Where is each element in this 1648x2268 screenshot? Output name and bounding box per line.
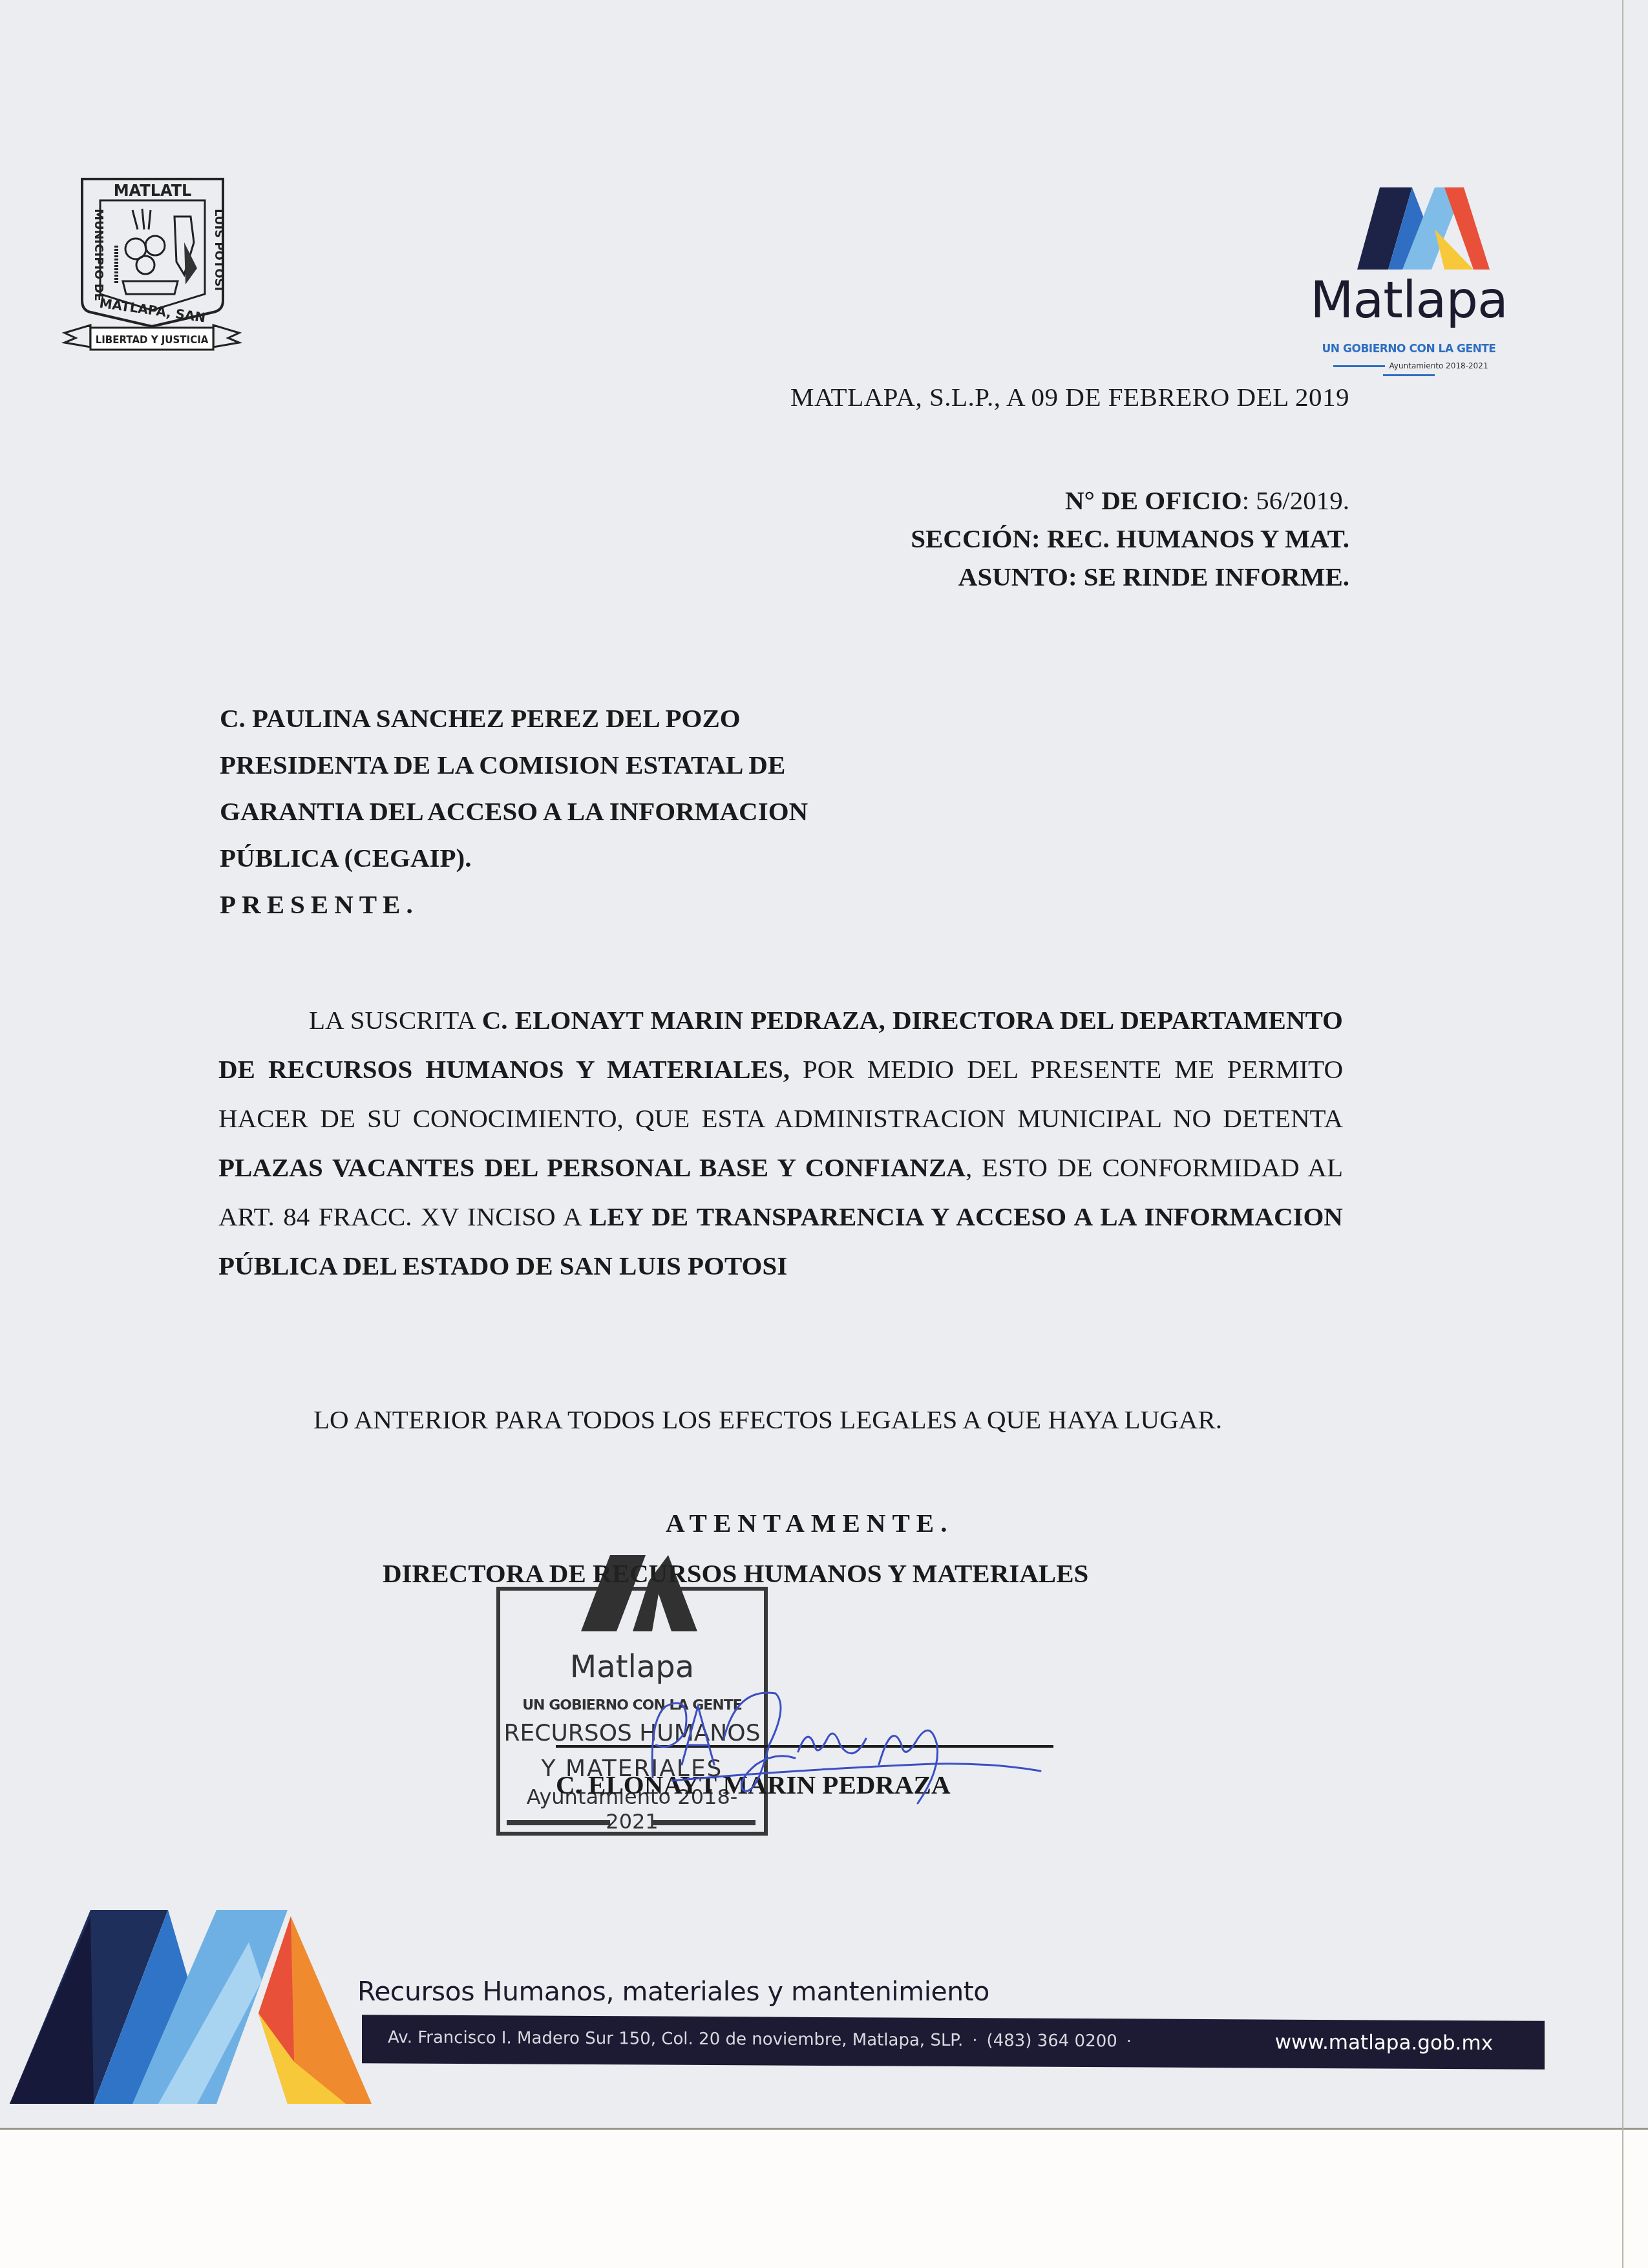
logo-period: Ayuntamiento 2018-2021: [1305, 361, 1512, 379]
page-edge: [1622, 0, 1623, 2268]
footer-address: Av. Francisco I. Madero Sur 150, Col. 20…: [388, 2028, 963, 2050]
footer-department: Recursos Humanos, materiales y mantenimi…: [357, 1976, 989, 2007]
svg-text:LUIS POTOSI: LUIS POTOSI: [212, 209, 226, 291]
logo-wordmark: Matlapa: [1305, 271, 1512, 330]
svg-text:MATLATL: MATLATL: [114, 182, 192, 200]
recipient-line: GARANTIA DEL ACCESO A LA INFORMACION: [220, 788, 808, 834]
atentamente: ATENTAMENTE.: [666, 1507, 953, 1538]
municipal-crest: MATLATL MUNICIPIO DE LUIS POTOSI MATLAPA…: [61, 171, 242, 359]
body-segment-bold: PLAZAS VACANTES DEL PERSONAL BASE Y CONF…: [218, 1152, 966, 1182]
recipient-block: C. PAULINA SANCHEZ PEREZ DEL POZO PRESID…: [220, 695, 808, 927]
document-meta: N° DE OFICIO: 56/2019. SECCIÓN: REC. HUM…: [911, 482, 1349, 596]
place-date: MATLAPA, S.L.P., A 09 DE FEBRERO DEL 201…: [790, 381, 1349, 412]
section: SECCIÓN: REC. HUMANOS Y MAT.: [911, 520, 1349, 558]
body-paragraph: LA SUSCRITA C. ELONAYT MARIN PEDRAZA, DI…: [218, 995, 1343, 1290]
stamp-m-icon: [575, 1555, 704, 1633]
stamp-rule: [507, 1820, 610, 1825]
footer-website[interactable]: www.matlapa.gob.mx: [1275, 2031, 1493, 2055]
body-segment: LA SUSCRITA: [309, 1005, 482, 1035]
matlapa-m-icon: [1305, 184, 1512, 271]
svg-text:LIBERTAD Y JUSTICIA: LIBERTAD Y JUSTICIA: [96, 334, 209, 346]
recipient-line: C. PAULINA SANCHEZ PEREZ DEL POZO: [220, 695, 808, 741]
recipient-line: PRESIDENTA DE LA COMISION ESTATAL DE: [220, 741, 808, 788]
svg-text:MUNICIPIO DE: MUNICIPIO DE: [92, 209, 105, 301]
logo-slogan: UN GOBIERNO CON LA GENTE: [1305, 343, 1512, 355]
footer-phone: (483) 364 0200: [987, 2031, 1117, 2051]
signer-title: DIRECTORA DE RECURSOS HUMANOS Y MATERIAL…: [383, 1558, 1088, 1589]
footer-contact: Av. Francisco I. Madero Sur 150, Col. 20…: [388, 2028, 1141, 2051]
presente: PRESENTE.: [220, 881, 808, 927]
matlapa-m-icon: [3, 1903, 375, 2110]
crest-icon: MATLATL MUNICIPIO DE LUIS POTOSI MATLAPA…: [61, 171, 242, 359]
matlapa-logo: Matlapa UN GOBIERNO CON LA GENTE Ayuntam…: [1305, 184, 1512, 375]
footer-logo: [3, 1903, 375, 2110]
subject: ASUNTO: SE RINDE INFORME.: [911, 558, 1349, 596]
svg-text:MATLAPA, SAN: MATLAPA, SAN: [98, 295, 206, 326]
recipient-line: PÚBLICA (CEGAIP).: [220, 834, 808, 881]
footer-contact-bar: Av. Francisco I. Madero Sur 150, Col. 20…: [362, 2015, 1545, 2070]
handwritten-signature-icon: [646, 1668, 1047, 1816]
closing-line: LO ANTERIOR PARA TODOS LOS EFECTOS LEGAL…: [313, 1404, 1222, 1435]
oficio-number: N° DE OFICIO: 56/2019.: [911, 482, 1349, 520]
stamp-rule: [652, 1820, 755, 1825]
